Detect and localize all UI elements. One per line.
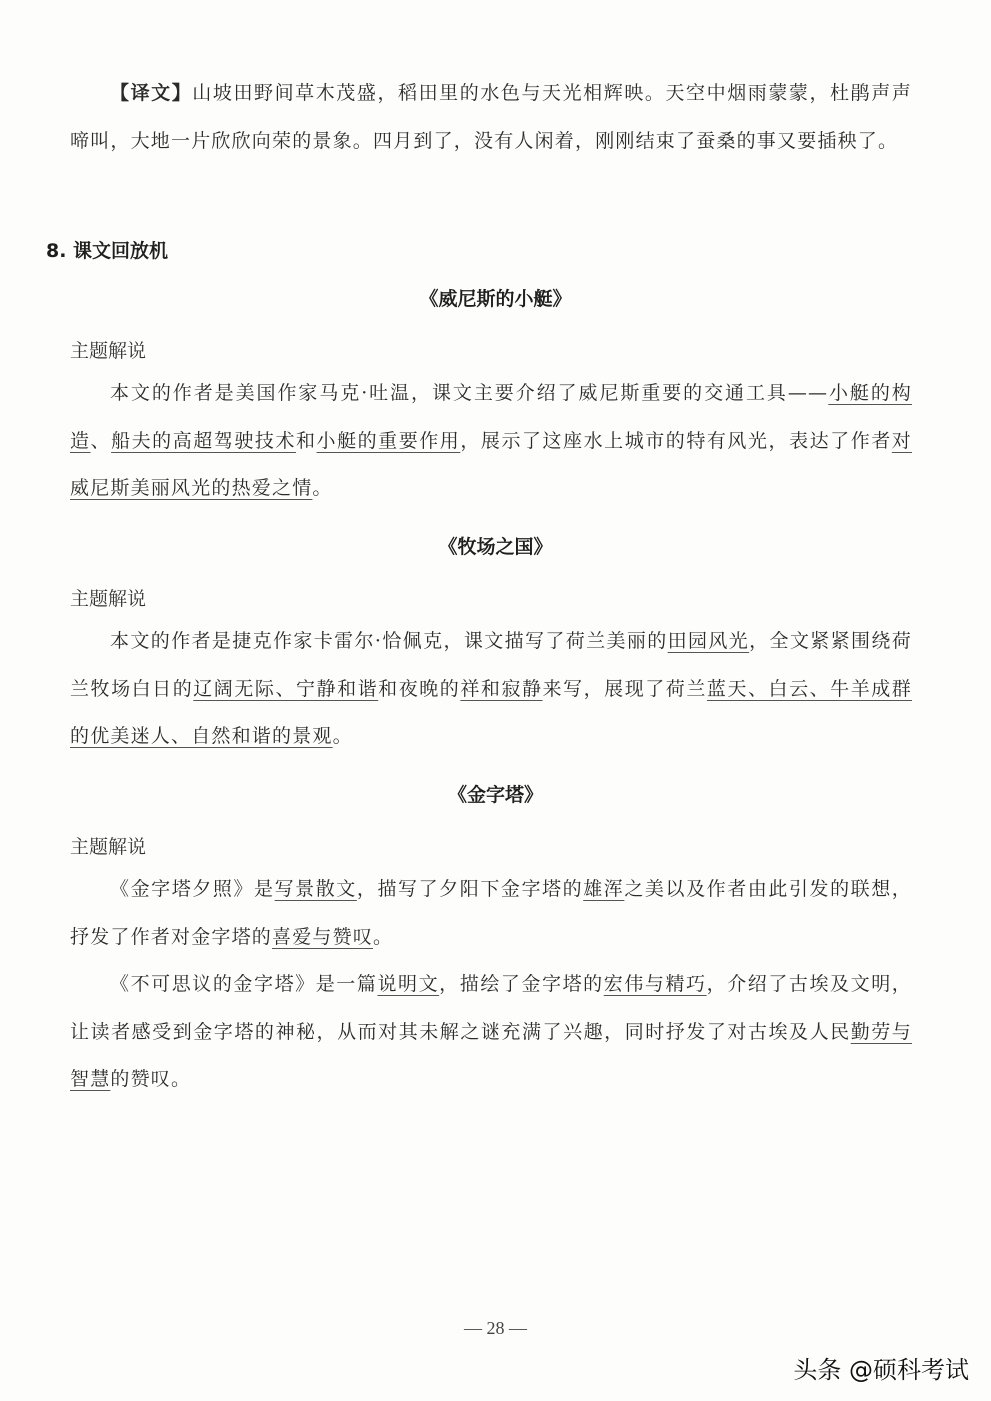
underlined-keyphrase: 田园风光 [668,630,750,652]
underlined-keyphrase: 雄浑 [583,878,624,900]
text-segment: 。 [373,926,393,948]
section-title: 8. 课文回放机 [46,236,168,263]
text-segment: 本文的作者是捷克作家卡雷尔·恰佩克，课文描写了荷兰美丽的 [110,630,668,652]
document-page: 【译文】山坡田野间草木茂盛，稻田里的水色与天光相辉映。天空中烟雨蒙蒙，杜鹃声声啼… [0,0,991,1401]
watermark: 头条 @硕科考试 [793,1350,969,1385]
text-segment: 来写，展现了荷兰 [543,678,707,700]
lesson-paragraph-pyramid-incredible: 《不可思议的金字塔》是一篇说明文，描绘了金字塔的宏伟与精巧，介绍了古埃及文明，让… [70,961,912,1104]
theme-label-venice: 主题解说 [70,336,146,363]
underlined-keyphrase: 说明文 [377,973,439,995]
text-segment: 《不可思议的金字塔》是一篇 [110,973,377,995]
underlined-keyphrase: 喜爱与赞叹 [272,926,373,948]
theme-label-pasture: 主题解说 [70,584,146,611]
text-segment: 和夜晚的 [378,678,460,700]
underlined-keyphrase: 宏伟与精巧 [604,973,707,995]
text-segment: 。 [312,477,332,499]
text-segment: 的赞叹。 [110,1068,191,1090]
text-segment: ，描写了夕阳下金字塔的 [357,878,583,900]
translation-label: 【译文】 [110,82,192,104]
lesson-title-pasture: 《牧场之国》 [0,532,991,559]
translation-paragraph: 【译文】山坡田野间草木茂盛，稻田里的水色与天光相辉映。天空中烟雨蒙蒙，杜鹃声声啼… [70,70,912,165]
underlined-keyphrase: 写景散文 [275,878,357,900]
lesson-title-venice: 《威尼斯的小艇》 [0,284,991,311]
underlined-keyphrase: 辽阔无际、宁静和谐 [193,678,378,700]
theme-label-pyramid: 主题解说 [70,832,146,859]
underlined-keyphrase: 小艇的重要作用 [317,430,461,452]
text-segment: 本文的作者是美国作家马克·吐温，课文主要介绍了威尼斯重要的交通工具—— [110,382,828,404]
page-number: — 28 — [0,1318,991,1339]
underlined-keyphrase: 船夫的高超驾驶技术 [111,430,296,452]
lesson-paragraph-pasture: 本文的作者是捷克作家卡雷尔·恰佩克，课文描写了荷兰美丽的田园风光，全文紧紧围绕荷… [70,618,912,761]
text-segment: ，描绘了金字塔的 [439,973,604,995]
lesson-title-pyramid: 《金字塔》 [0,780,991,807]
text-segment: ，展示了这座水上城市的特有风光，表达了作者 [460,430,891,452]
lesson-paragraph-pyramid-sunset: 《金字塔夕照》是写景散文，描写了夕阳下金字塔的雄浑之美以及作者由此引发的联想，抒… [70,866,912,961]
text-segment: 。 [333,725,353,747]
text-segment: 、 [91,430,112,452]
lesson-paragraph-venice: 本文的作者是美国作家马克·吐温，课文主要介绍了威尼斯重要的交通工具——小艇的构造… [70,370,912,513]
text-segment: 《金字塔夕照》是 [110,878,275,900]
translation-text: 山坡田野间草木茂盛，稻田里的水色与天光相辉映。天空中烟雨蒙蒙，杜鹃声声啼叫，大地… [70,82,912,152]
text-segment: 和 [296,430,317,452]
underlined-keyphrase: 祥和寂静 [460,678,542,700]
